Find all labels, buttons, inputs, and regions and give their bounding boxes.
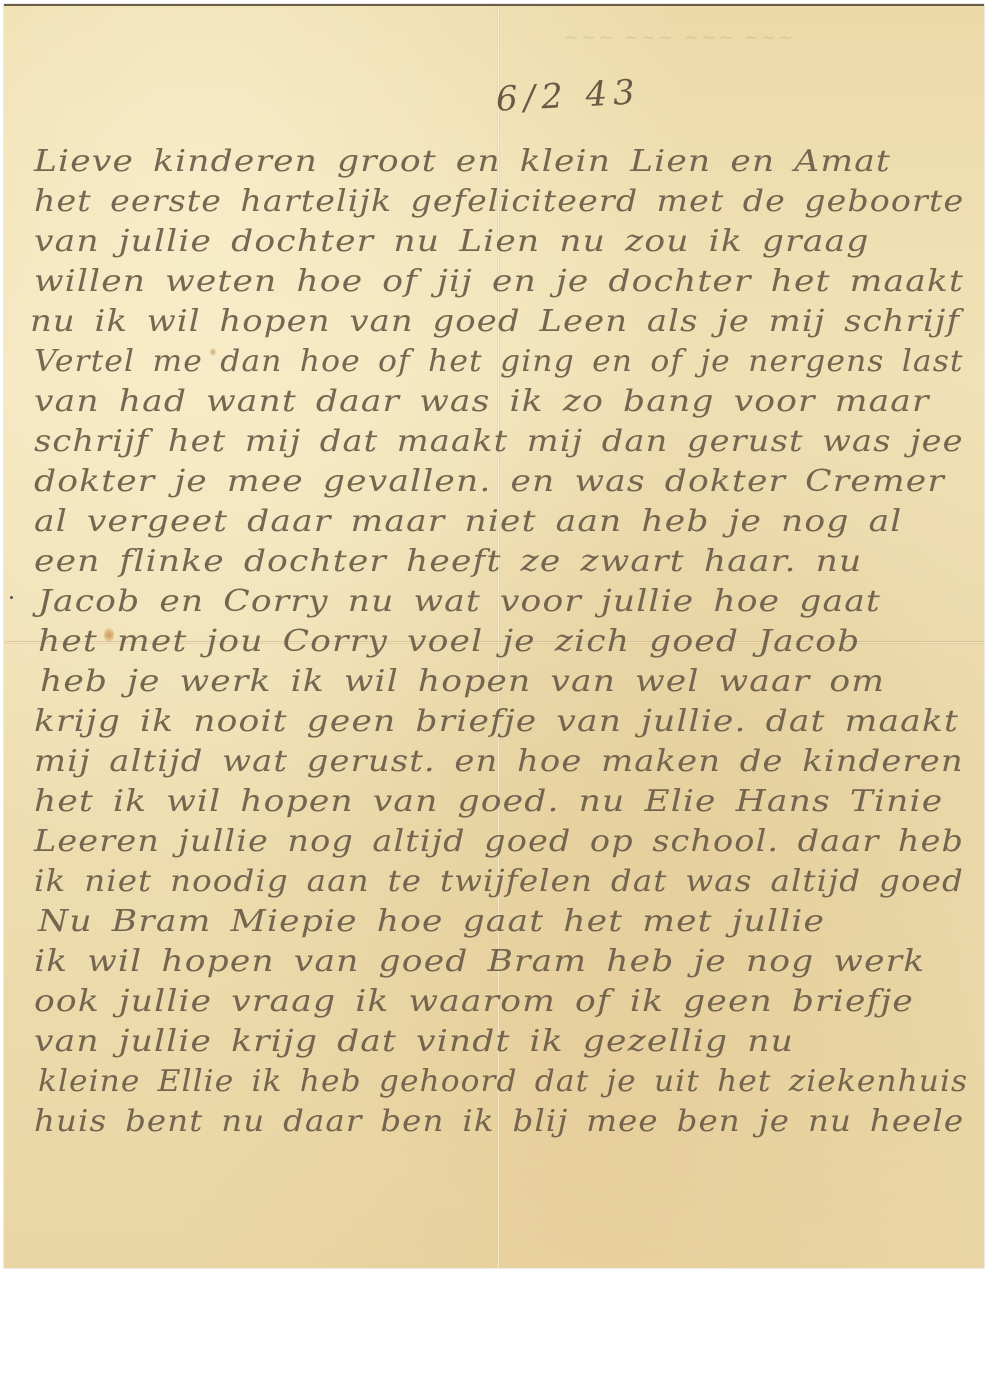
text-line: van jullie dochter nu Lien nu zou ik gra…: [34, 222, 979, 262]
text-line: willen weten hoe of jij en je dochter he…: [34, 262, 979, 302]
text-line: ik niet noodig aan te twijfelen dat was …: [34, 862, 979, 902]
bleed-through-text: ~~~ ~~~ ~~~ ~~~: [564, 28, 796, 48]
letter-date: 6/2 43: [495, 72, 642, 120]
text-line: het eerste hartelijk gefeliciteerd met d…: [34, 182, 979, 222]
text-line: mij altijd wat gerust. en hoe maken de k…: [34, 742, 979, 782]
text-line: Vertel me dan hoe of het ging en of je n…: [34, 342, 979, 382]
text-line: huis bent nu daar ben ik blij mee ben je…: [34, 1102, 979, 1142]
letter-body: Lieve kinderen groot en klein Lien en Am…: [34, 142, 979, 1142]
text-line: al vergeet daar maar niet aan heb je nog…: [34, 502, 979, 542]
text-line: dokter je mee gevallen. en was dokter Cr…: [34, 462, 979, 502]
text-line: Lieve kinderen groot en klein Lien en Am…: [34, 142, 979, 182]
text-line: schrijf het mij dat maakt mij dan gerust…: [34, 422, 979, 462]
text-line: krijg ik nooit geen briefje van jullie. …: [34, 702, 979, 742]
text-line: heb je werk ik wil hopen van wel waar om: [40, 662, 979, 702]
text-line: het ik wil hopen van goed. nu Elie Hans …: [34, 782, 979, 822]
text-line: van had want daar was ik zo bang voor ma…: [34, 382, 979, 422]
text-line: het met jou Corry voel je zich goed Jaco…: [38, 622, 979, 662]
edge-mark: [10, 596, 13, 599]
text-line: een flinke dochter heeft ze zwart haar. …: [34, 542, 979, 582]
text-line: Nu Bram Miepie hoe gaat het met jullie: [38, 902, 979, 942]
text-line: nu ik wil hopen van goed Leen als je mij…: [30, 302, 979, 342]
text-line: ik wil hopen van goed Bram heb je nog we…: [34, 942, 979, 982]
text-line: van jullie krijg dat vindt ik gezellig n…: [34, 1022, 979, 1062]
text-line: kleine Ellie ik heb gehoord dat je uit h…: [38, 1062, 979, 1102]
text-line: Jacob en Corry nu wat voor jullie hoe ga…: [38, 582, 979, 622]
letter-paper: ~~~ ~~~ ~~~ ~~~ 6/2 43 Lieve kinderen gr…: [4, 4, 984, 1268]
text-line: Leeren jullie nog altijd goed op school.…: [34, 822, 979, 862]
text-line: ook jullie vraag ik waarom of ik geen br…: [34, 982, 979, 1022]
